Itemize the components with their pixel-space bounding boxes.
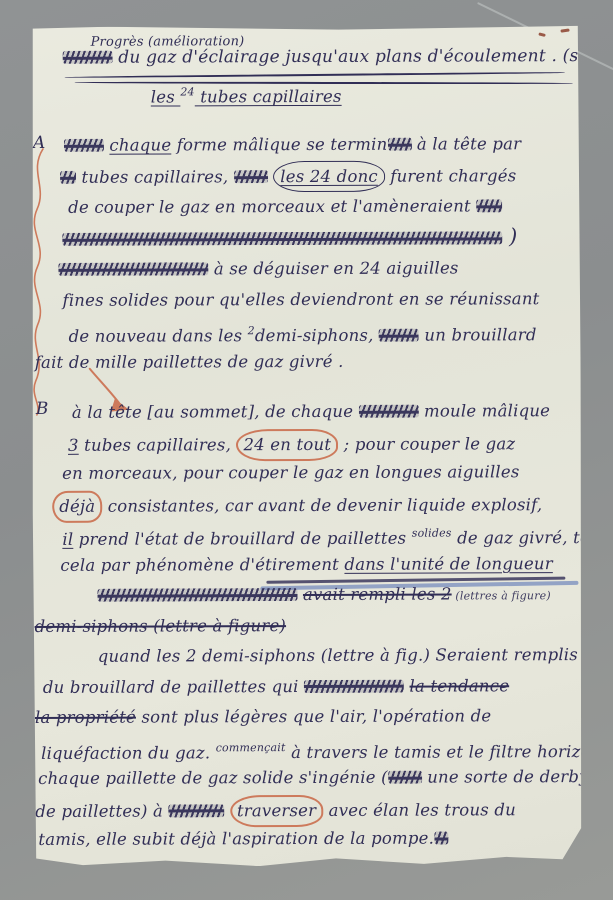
manuscript-line: demi-siphons (lettre à figure) (35, 611, 578, 643)
illegible-scribble (168, 804, 224, 817)
text-segment: fait de mille paillettes de gaz givré . (35, 352, 344, 372)
illegible-scribble (434, 832, 448, 845)
text-segment: une sorte de derby (422, 767, 589, 787)
text-segment: dans l'unité de longueur (344, 554, 552, 574)
text-segment: il (62, 530, 73, 549)
double-underline (65, 73, 571, 87)
text-segment: un brouillard (419, 325, 537, 344)
red-circled-words: déjà (52, 490, 102, 522)
illegible-scribble (58, 262, 208, 276)
text-segment: en morceaux, pour couper le gaz en longu… (62, 462, 519, 483)
text-segment: chaque paillette de gaz solide s'ingénie… (38, 768, 388, 788)
photo-background: Progrès (amélioration) du gaz d'éclairag… (0, 0, 613, 900)
text-segment: consistantes, car avant de devenir liqui… (102, 495, 542, 516)
manuscript-line: Progrès (amélioration) (91, 29, 571, 48)
manuscript-paper: Progrès (amélioration) du gaz d'éclairag… (31, 25, 584, 867)
manuscript-line: les 24 tubes capillaires (151, 84, 571, 119)
text-segment: sont plus légères que l'air, l'opération… (136, 706, 491, 726)
text-segment: chaque (109, 135, 171, 154)
text-segment: cela par phénomène d'étirement (60, 554, 344, 574)
text-segment: les (151, 87, 181, 106)
text-segment: moule mâlique (419, 401, 551, 420)
manuscript-line: ) (62, 222, 576, 255)
text-segment: fines solides pour qu'elles deviendront … (62, 289, 539, 310)
inserted-word: commençait (216, 741, 286, 754)
illegible-scribble (64, 139, 104, 152)
struck-words: demi-siphons (lettre à figure) (35, 616, 286, 636)
obliterated-words (97, 588, 297, 602)
text-segment: de gaz givré, tout (452, 528, 608, 548)
marginal-annotation: (lettres à figure) (452, 589, 551, 602)
manuscript-line: déjà consistantes, car avant de devenir … (52, 489, 577, 521)
manuscript-line: quand les 2 demi-siphons (lettre à fig.)… (98, 641, 578, 673)
text-segment: du brouillard de paillettes qui (43, 677, 304, 697)
manuscript-line: il prend l'état de brouillard de paillet… (62, 519, 577, 551)
text-segment: demi-siphons, (255, 326, 379, 345)
text-segment: tubes capillaires, (76, 167, 234, 187)
manuscript-line: à se déguiser en 24 aiguilles (58, 253, 576, 286)
manuscript-line: liquéfaction du gaz. commençait à traver… (41, 733, 578, 765)
text-segment: à la tête par (411, 134, 521, 153)
red-circled-words: traverser (230, 794, 323, 826)
manuscript-line: la propriété sont plus légères que l'air… (35, 702, 578, 734)
illegible-scribble (387, 138, 411, 151)
manuscript-line: en morceaux, pour couper le gaz en longu… (62, 458, 577, 490)
manuscript-line: 3 tubes capillaires, 24 en tout ; pour c… (68, 428, 577, 460)
text-segment: forme mâlique se termin (171, 135, 387, 155)
illegible-scribble (63, 51, 113, 64)
title-text: du gaz d'éclairage jusqu'aux plans d'éco… (113, 46, 613, 68)
manuscript-line: chaque paillette de gaz solide s'ingénie… (38, 763, 578, 795)
manuscript-line: de couper le gaz en morceaux et l'amèner… (68, 191, 576, 224)
illegible-scribble (60, 171, 76, 184)
obliterated-line (62, 231, 502, 246)
subtitle-text: tubes capillaires (195, 87, 342, 107)
text-segment: tamis, elle subit déjà l'aspiration de l… (38, 829, 434, 849)
struck-words: avait rempli les 2 (303, 584, 452, 604)
manuscript-line: de paillettes) à traverser avec élan les… (35, 794, 578, 826)
illegible-scribble (359, 405, 419, 418)
text-segment: à travers le tamis et le filtre horizont… (286, 741, 613, 761)
manuscript-line: fines solides pour qu'elles deviendront … (62, 284, 576, 317)
manuscript-line: cela par phénomène d'étirement dans l'un… (60, 550, 577, 582)
manuscript-line: de nouveau dans les 2demi-siphons, un br… (69, 315, 577, 348)
illegible-scribble (234, 170, 268, 183)
text-segment: ; pour couper le gaz (338, 434, 515, 454)
struck-words: la propriété (35, 708, 136, 727)
text-segment (224, 801, 230, 820)
section-a-body: chaque forme mâlique se termin à la tête… (56, 129, 577, 379)
text-segment: à se déguiser en 24 aiguilles (208, 258, 458, 278)
text-segment: furent chargés (385, 166, 517, 185)
manuscript-line: tubes capillaires, les 24 donc furent ch… (60, 160, 576, 193)
text-segment: quand les 2 demi-siphons (lettre à fig.)… (98, 645, 578, 666)
text-segment: liquéfaction du gaz. (41, 743, 216, 763)
closing-paren: ) (502, 224, 517, 248)
obliterated-words (304, 679, 404, 692)
illegible-scribble (476, 199, 502, 212)
text-segment: avec élan les trous du (323, 800, 516, 820)
text-segment: 3 (68, 435, 79, 454)
text-segment: à la tête [au sommet], de chaque (72, 402, 359, 422)
manuscript-line: avait rempli les 2 (lettres à figure) (97, 580, 577, 612)
manuscript-line: à la tête [au sommet], de chaque moule m… (72, 397, 577, 429)
manuscript-line: fait de mille paillettes de gaz givré . (35, 346, 577, 379)
text-segment: de nouveau dans les (69, 326, 248, 346)
inserted-word: solides (412, 526, 452, 539)
superscript-24: 24 (180, 85, 194, 98)
section-b-body: à la tête [au sommet], de chaque moule m… (42, 397, 579, 856)
manuscript-line: du brouillard de paillettes qui la tenda… (43, 672, 578, 704)
text-segment: tubes capillaires, (79, 435, 237, 455)
red-circled-words: 24 en tout (236, 428, 338, 460)
text-segment: de paillettes) à (35, 801, 168, 820)
illegible-scribble (388, 771, 422, 784)
circled-words: les 24 donc (273, 161, 385, 192)
struck-words: la tendance (409, 676, 509, 695)
text-segment: de couper le gaz en morceaux et l'amèner… (68, 196, 476, 216)
manuscript-line: tamis, elle subit déjà l'aspiration de l… (38, 824, 578, 856)
text-segment: prend l'état de brouillard de paillettes (73, 529, 412, 549)
manuscript-line: chaque forme mâlique se termin à la tête… (64, 129, 576, 162)
illegible-scribble (379, 329, 419, 342)
